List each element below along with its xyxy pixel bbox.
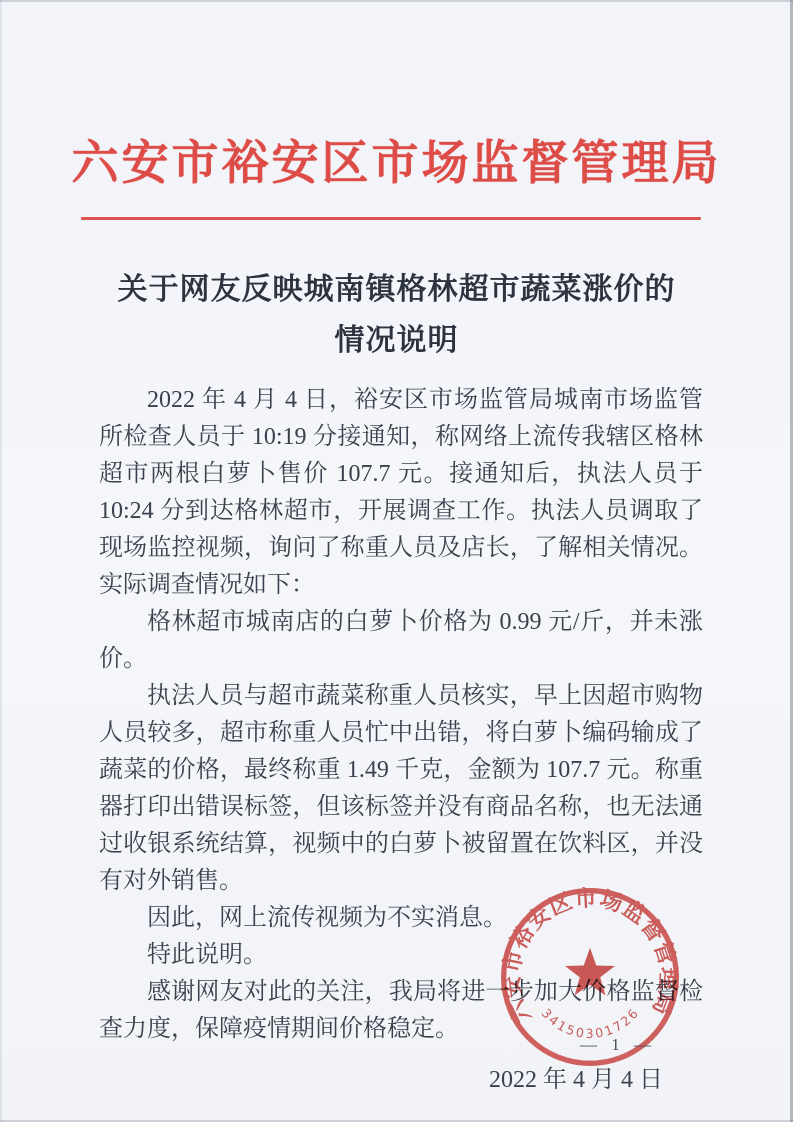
body-paragraph: 因此，网上流传视频为不实消息。 (99, 900, 703, 937)
body-paragraph: 执法人员与超市蔬菜称重人员核实，早上因超市购物人员较多，超市称重人员忙中出错，将… (99, 678, 703, 900)
page-number: — 1 — (580, 1035, 656, 1055)
body-paragraph: 2022 年 4 月 4 日，裕安区市场监管局城南市场监管所检查人员于 10:1… (99, 382, 703, 604)
scanned-document-page: 六安市裕安区市场监督管理局 关于网友反映城南镇格林超市蔬菜涨价的 情况说明 20… (0, 0, 793, 1122)
body-paragraph: 格林超市城南店的白萝卜价格为 0.99 元/斤，并未涨价。 (99, 604, 703, 678)
body-paragraph: 特此说明。 (99, 937, 703, 974)
document-title-line1: 关于网友反映城南镇格林超市蔬菜涨价的 (0, 264, 793, 315)
letterhead-org-name: 六安市裕安区市场监督管理局 (0, 134, 793, 194)
document-title-line2: 情况说明 (0, 315, 793, 366)
document-title: 关于网友反映城南镇格林超市蔬菜涨价的 情况说明 (0, 264, 793, 366)
document-body: 2022 年 4 月 4 日，裕安区市场监管局城南市场监管所检查人员于 10:1… (99, 382, 703, 1048)
signoff-date: 2022 年 4 月 4 日 (99, 1059, 703, 1094)
letterhead-divider (81, 217, 701, 220)
